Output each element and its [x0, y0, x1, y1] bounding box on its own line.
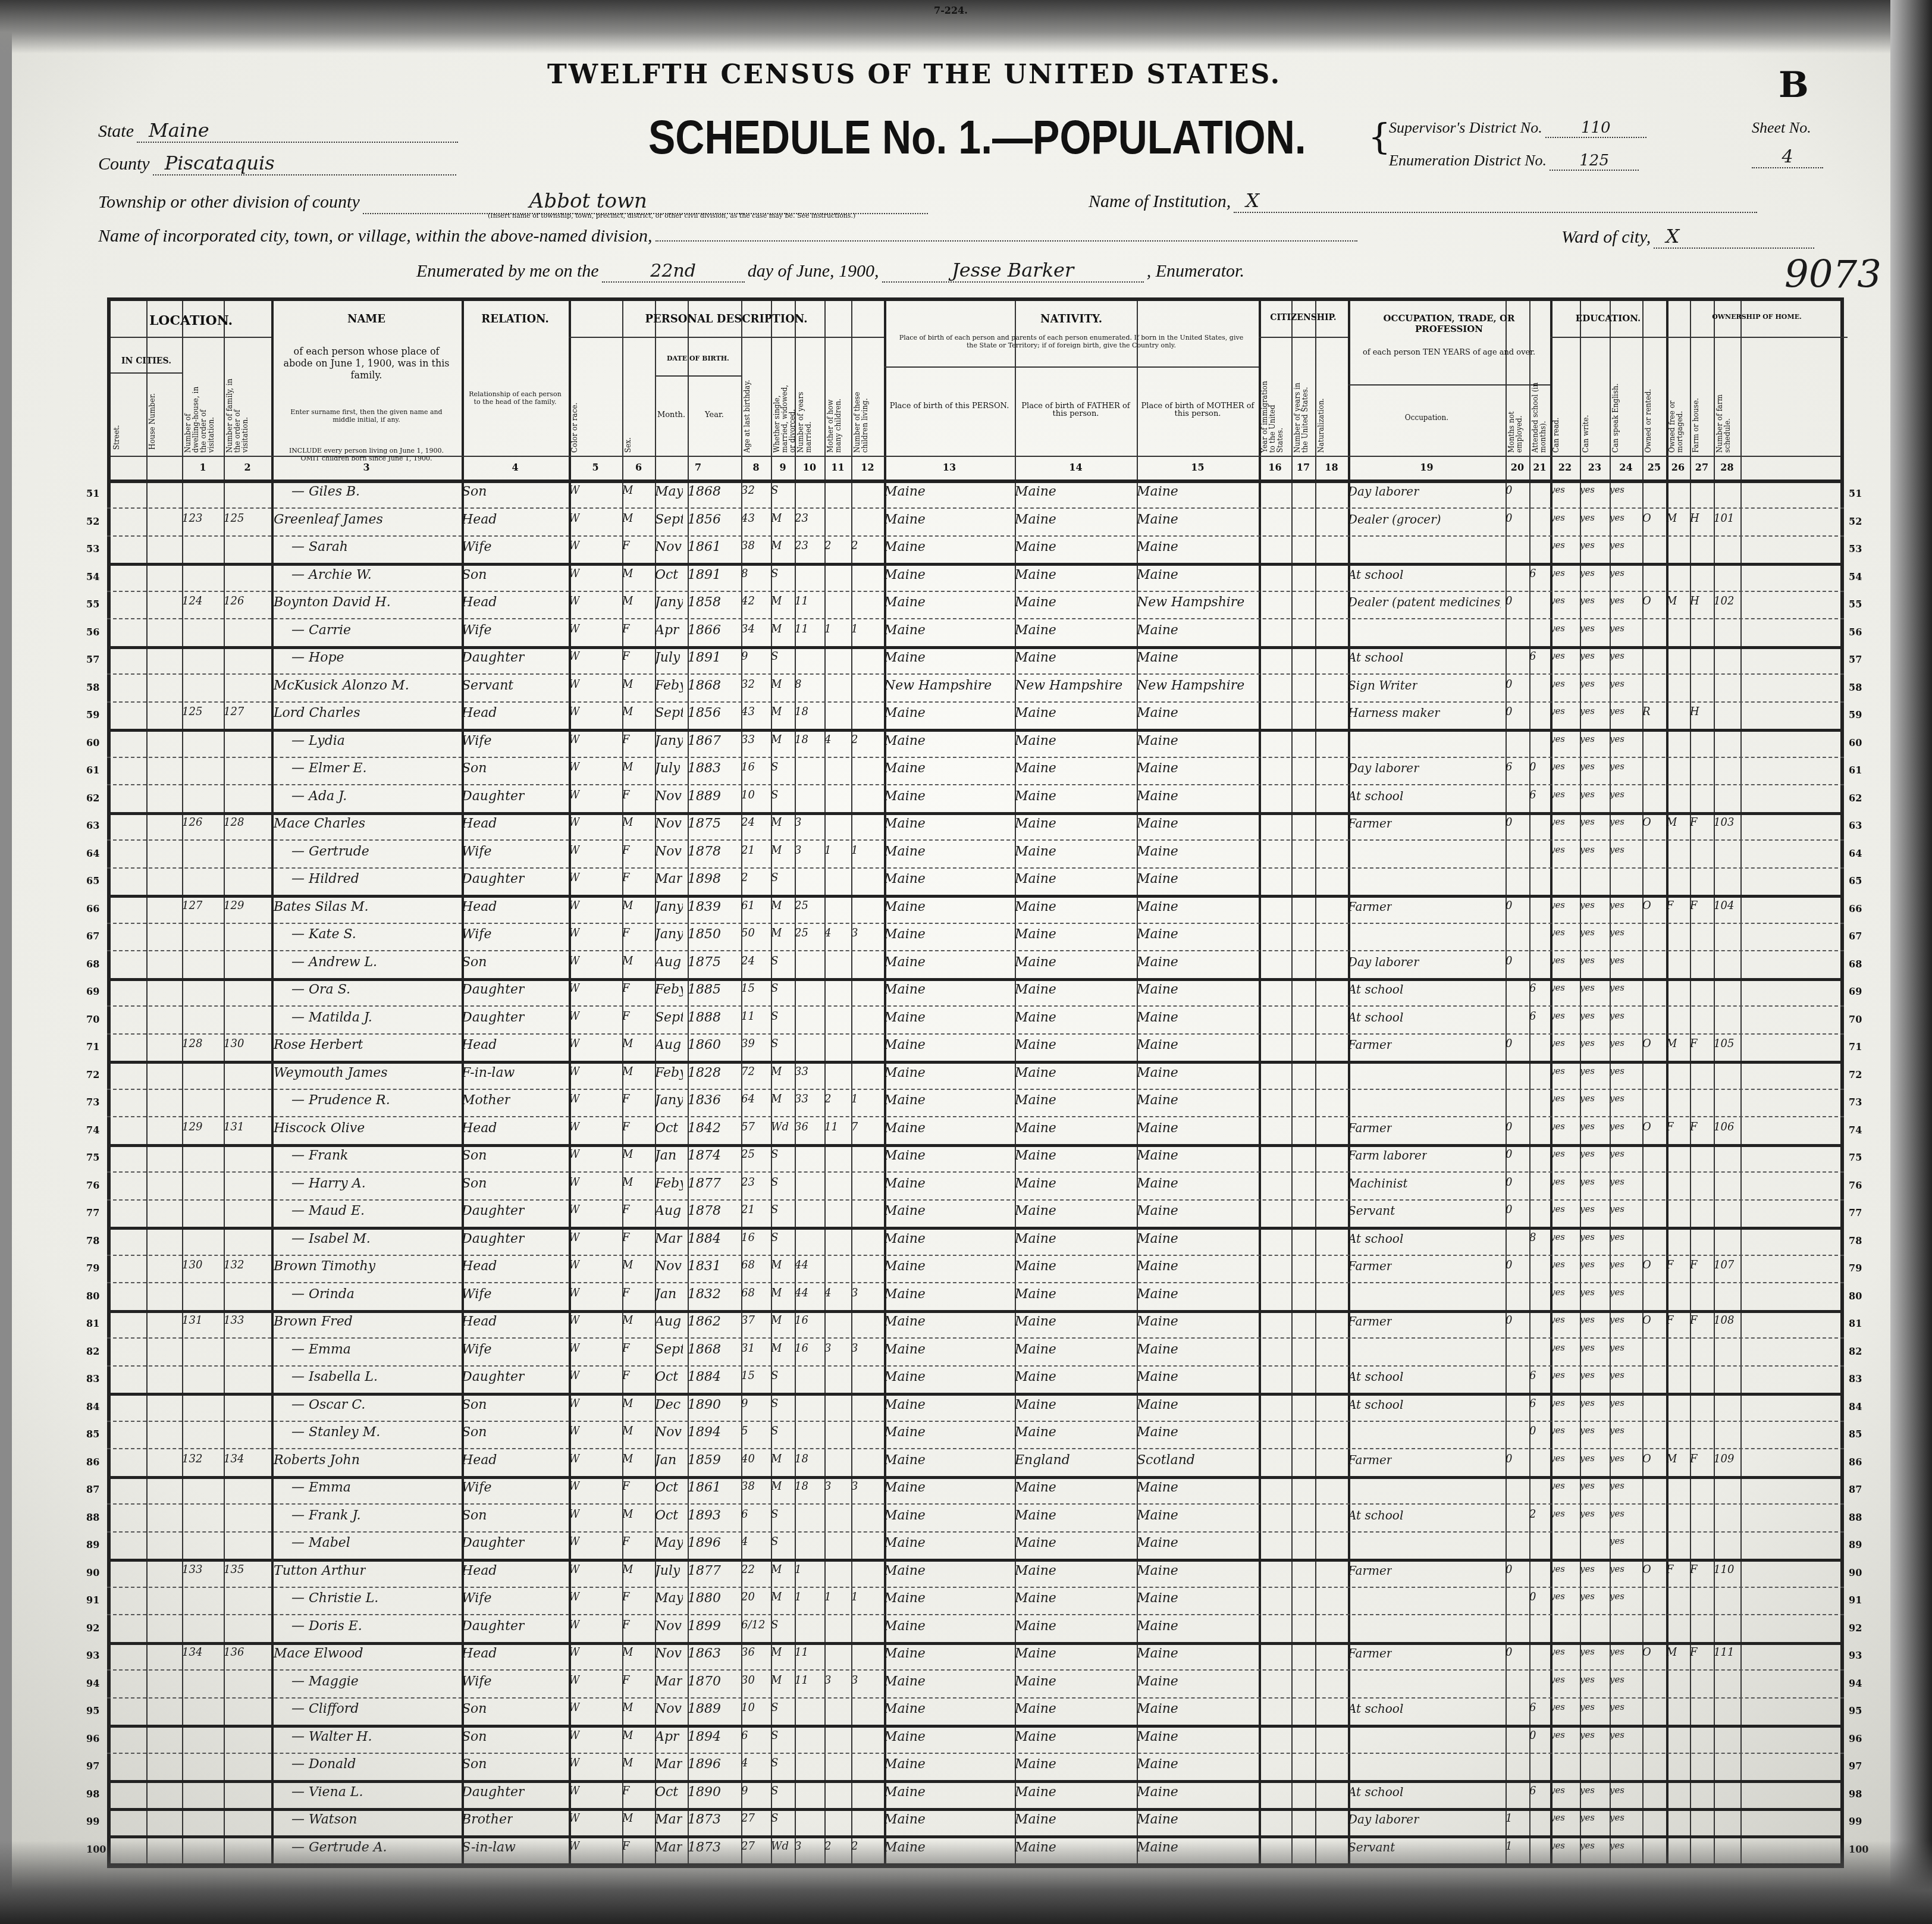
cell-yr: 1884 — [688, 1232, 721, 1246]
cell-occ: At school — [1348, 1397, 1403, 1412]
cell-en: yes — [1610, 789, 1624, 800]
cell-en: yes — [1610, 1425, 1624, 1436]
table-row: — DonaldSonWMMar18964SMaineMaineMaine — [107, 1752, 1844, 1783]
cell-pb: Maine — [884, 1619, 926, 1634]
group-personal-description: PERSONAL DESCRIPTION. — [569, 313, 884, 325]
cell-rd: yes — [1550, 1093, 1565, 1104]
line-number-right: 79 — [1849, 1262, 1862, 1274]
table-row: — MabelDaughterWFMay18964SMaineMaineMain… — [107, 1531, 1844, 1562]
cell-mc: 1 — [824, 844, 831, 857]
cell-rd: yes — [1550, 623, 1565, 634]
cell-pb: Maine — [884, 1646, 926, 1661]
cell-sex: M — [622, 595, 633, 607]
cell-mc: 2 — [824, 540, 831, 552]
cell-sex: F — [622, 1480, 630, 1493]
cell-rel: Brother — [462, 1812, 513, 1827]
line-number-left: 89 — [86, 1539, 99, 1550]
cell-age: 38 — [741, 1480, 755, 1493]
cell-age: 21 — [741, 844, 755, 857]
cell-mo: Sept — [655, 512, 683, 527]
column-label: Naturalization. — [1318, 378, 1345, 453]
cell-ms: M — [771, 1646, 782, 1659]
cell-occ: Day laborer — [1348, 955, 1419, 969]
cell-yr: 1875 — [688, 955, 721, 970]
cell-rd: yes — [1550, 650, 1565, 661]
cell-fam: 126 — [224, 595, 244, 607]
cell-fb: Maine — [1015, 955, 1056, 970]
line-number-right: 71 — [1849, 1041, 1862, 1052]
cell-col: W — [569, 872, 580, 884]
cell-ms: M — [771, 1480, 782, 1493]
cell-sex: F — [622, 1591, 630, 1603]
cell-cl: 2 — [851, 734, 858, 746]
cell-occ: At school — [1348, 1370, 1403, 1384]
cell-col: W — [569, 1204, 580, 1216]
cell-mo: Mar — [655, 1674, 682, 1689]
table-row: 123125Greenleaf JamesHeadWMSept185643M23… — [107, 507, 1844, 537]
cell-yr: 1862 — [688, 1314, 721, 1329]
cell-name: — Christie L. — [291, 1591, 378, 1606]
table-row: 132134Roberts JohnHeadWMJan185940M18Main… — [107, 1448, 1844, 1479]
cell-en: yes — [1610, 955, 1624, 966]
cell-age: 2 — [741, 872, 748, 884]
cell-wr: yes — [1580, 1148, 1595, 1159]
cell-rd: yes — [1550, 1646, 1565, 1657]
cell-age: 9 — [741, 1397, 748, 1410]
cell-wr: yes — [1580, 1370, 1595, 1380]
cell-fs: 110 — [1714, 1563, 1734, 1576]
line-number-right: 72 — [1849, 1069, 1862, 1080]
cell-rel: Wife — [462, 844, 491, 859]
cell-sex: F — [622, 982, 630, 995]
cell-own: O — [1642, 1453, 1651, 1465]
line-number-left: 86 — [86, 1456, 99, 1468]
cell-age: 9 — [741, 1785, 748, 1797]
column-number: 11 — [824, 462, 851, 473]
cell-pb: Maine — [884, 1453, 926, 1468]
header-rule — [569, 337, 884, 338]
table-row: — SarahWifeWFNov186138M2322MaineMaineMai… — [107, 535, 1844, 566]
cell-en: yes — [1610, 1812, 1624, 1823]
table-row: — Andrew L.SonWMAug187524SMaineMaineMain… — [107, 950, 1844, 981]
cell-ym: 11 — [795, 623, 808, 635]
cell-rd: yes — [1550, 1121, 1565, 1132]
cell-rd: yes — [1550, 1176, 1565, 1187]
cell-en: yes — [1610, 1148, 1624, 1159]
cell-rd: yes — [1550, 1066, 1565, 1076]
cell-sex: M — [622, 761, 633, 773]
cell-fb: Maine — [1015, 844, 1056, 859]
cell-fam: 127 — [224, 706, 244, 718]
cell-mb: Maine — [1137, 1563, 1178, 1578]
line-number-left: 60 — [86, 737, 99, 748]
cell-mo: Jan — [655, 1148, 676, 1163]
column-label: Months not employed. — [1508, 378, 1527, 453]
group-ownership: OWNERSHIP OF HOME. — [1666, 313, 1848, 321]
column-label: Number of years married. — [797, 378, 822, 453]
cell-en: yes — [1610, 1397, 1624, 1408]
cell-age: 21 — [741, 1204, 755, 1216]
cell-yr: 1867 — [688, 734, 721, 748]
cell-own: O — [1642, 1038, 1651, 1050]
cell-mb: Maine — [1137, 1038, 1178, 1052]
cell-fb: Maine — [1015, 1591, 1056, 1606]
cell-en: yes — [1610, 1729, 1624, 1740]
cell-own: O — [1642, 595, 1651, 607]
cell-ms: S — [771, 1619, 778, 1631]
cell-sex: F — [622, 1232, 630, 1244]
cell-name: — Watson — [291, 1812, 357, 1827]
line-number-right: 68 — [1849, 958, 1862, 970]
cell-ms: M — [771, 540, 782, 552]
cell-ms: S — [771, 1038, 778, 1050]
name-include-note: INCLUDE every person living on June 1, 1… — [283, 447, 450, 462]
cell-rel: Wife — [462, 623, 491, 638]
cell-age: 50 — [741, 927, 755, 939]
cell-ms: M — [771, 816, 782, 829]
cell-name: — Donald — [291, 1757, 356, 1772]
cell-col: W — [569, 1232, 580, 1244]
cell-fm: M — [1666, 512, 1677, 525]
cell-yr: 1831 — [688, 1259, 721, 1274]
column-number: 8 — [741, 462, 771, 473]
sheet-field: Sheet No. 4 — [1752, 119, 1823, 168]
column-label: Color or race. — [571, 378, 620, 453]
table-row: 124126Boynton David H.HeadWMJany185842M1… — [107, 590, 1844, 619]
table-row: — FrankSonWMJan187425SMaineMaineMaineFar… — [107, 1143, 1844, 1173]
cell-yr: 1868 — [688, 1342, 721, 1357]
cell-yr: 1894 — [688, 1425, 721, 1440]
column-label: Street. — [113, 375, 144, 450]
table-row: — HildredDaughterWFMar18982SMaineMaineMa… — [107, 867, 1844, 898]
cell-ym: 33 — [795, 1093, 808, 1105]
cell-sex: M — [622, 1729, 633, 1742]
cell-col: W — [569, 1176, 580, 1189]
line-number-right: 73 — [1849, 1096, 1862, 1108]
column-number: 24 — [1610, 462, 1642, 473]
cell-mc: 4 — [824, 734, 831, 746]
line-number-left: 84 — [86, 1401, 99, 1412]
cell-mb: Maine — [1137, 789, 1178, 804]
cell-yr: 1894 — [688, 1729, 721, 1744]
cell-yr: 1889 — [688, 789, 721, 804]
township-value: Abbot town — [363, 189, 928, 214]
column-number: 17 — [1291, 462, 1315, 473]
cell-name: Mace Elwood — [274, 1646, 363, 1661]
cell-age: 22 — [741, 1563, 755, 1576]
cell-pb: Maine — [884, 955, 926, 970]
census-title: TWELFTH CENSUS OF THE UNITED STATES. — [547, 59, 1281, 90]
column-number: 13 — [884, 462, 1015, 473]
cell-yr: 1893 — [688, 1508, 721, 1523]
cell-mo: Nov — [655, 844, 682, 859]
cell-ym: 11 — [795, 1646, 808, 1659]
cell-age: 4 — [741, 1757, 748, 1769]
cell-wr: yes — [1580, 1121, 1595, 1132]
cell-fb: Maine — [1015, 1536, 1056, 1550]
cell-pb: Maine — [884, 1121, 926, 1136]
cell-pb: Maine — [884, 1066, 926, 1080]
cell-cl: 3 — [851, 927, 858, 939]
cell-rd: yes — [1550, 1674, 1565, 1685]
cell-pb: Maine — [884, 1259, 926, 1274]
cell-en: yes — [1610, 982, 1624, 993]
table-row: 134136Mace ElwoodHeadWMNov186336M11Maine… — [107, 1641, 1844, 1671]
cell-fam: 128 — [224, 816, 244, 829]
nativity-description: Place of birth of each person and parent… — [896, 334, 1247, 349]
line-number-right: 77 — [1849, 1207, 1862, 1218]
cell-yr: 1877 — [688, 1563, 721, 1578]
cell-mo: Sept — [655, 706, 683, 720]
cell-wr: yes — [1580, 1232, 1595, 1242]
cell-fam: 136 — [224, 1646, 244, 1659]
cell-rd: yes — [1550, 1701, 1565, 1712]
cell-rel: Servant — [462, 678, 513, 693]
cell-name: — Hildred — [291, 872, 359, 886]
cell-yr: 1875 — [688, 816, 721, 831]
cell-name: — Gertrude — [291, 844, 369, 859]
cell-fb: Maine — [1015, 650, 1056, 665]
cell-wr: yes — [1580, 1259, 1595, 1270]
table-row: Weymouth JamesF-in-lawWMFeby182872M33Mai… — [107, 1061, 1844, 1090]
cell-ms: S — [771, 1785, 778, 1797]
cell-name: Brown Fred — [274, 1314, 353, 1329]
cell-rd: yes — [1550, 1010, 1565, 1021]
cell-sex: F — [622, 1619, 630, 1631]
cell-mne: 0 — [1506, 816, 1512, 829]
cell-mb: Maine — [1137, 1204, 1178, 1218]
cell-sex: M — [622, 1176, 633, 1189]
cell-rel: Son — [462, 1729, 487, 1744]
column-number: 9 — [771, 462, 795, 473]
cell-col: W — [569, 1010, 580, 1023]
line-number-right: 52 — [1849, 516, 1862, 527]
cell-mo: Jany — [655, 927, 683, 942]
cell-ms: S — [771, 789, 778, 801]
line-number-right: 56 — [1849, 626, 1862, 638]
supervisor-label: Supervisor's District No. — [1389, 119, 1542, 136]
form-number: 7-224. — [934, 5, 968, 16]
cell-cl: 3 — [851, 1480, 858, 1493]
cell-wr: yes — [1580, 1453, 1595, 1464]
line-number-right: 85 — [1849, 1428, 1862, 1440]
cell-pb: Maine — [884, 1536, 926, 1550]
cell-mo: Nov — [655, 816, 682, 831]
cell-occ: Farmer — [1348, 900, 1392, 914]
cell-pb: Maine — [884, 1785, 926, 1800]
line-number-left: 68 — [86, 958, 99, 970]
cell-age: 43 — [741, 706, 755, 718]
cell-name: Hiscock Olive — [274, 1121, 365, 1136]
line-number-right: 86 — [1849, 1456, 1862, 1468]
cell-mne: 0 — [1506, 1121, 1512, 1133]
cell-fb: Maine — [1015, 1701, 1056, 1716]
cell-col: W — [569, 1646, 580, 1659]
enumerator-name: Jesse Barker — [882, 259, 1144, 283]
table-row: 130132Brown TimothyHeadWMNov183168M44Mai… — [107, 1254, 1844, 1283]
cell-mb: Maine — [1137, 623, 1178, 638]
cell-cl: 3 — [851, 1674, 858, 1687]
cell-mb: Maine — [1137, 1508, 1178, 1523]
table-row: 129131Hiscock OliveHeadWFOct184257Wd3611… — [107, 1116, 1844, 1147]
cell-en: yes — [1610, 1093, 1624, 1104]
cell-mo: Nov — [655, 1425, 682, 1440]
cell-rel: Son — [462, 1176, 487, 1191]
state-field: State Maine — [98, 119, 467, 143]
column-number: 26 — [1666, 462, 1690, 473]
cell-ym: 18 — [795, 1453, 808, 1465]
cell-occ: At school — [1348, 1701, 1403, 1716]
cell-fs: 107 — [1714, 1259, 1734, 1271]
line-number-right: 63 — [1849, 820, 1862, 831]
cell-rd: yes — [1550, 1204, 1565, 1214]
cell-cl: 3 — [851, 1287, 858, 1299]
cell-mo: Apr — [655, 1729, 679, 1744]
line-number-right: 53 — [1849, 543, 1862, 554]
cell-rd: yes — [1550, 1591, 1565, 1602]
cell-en: yes — [1610, 1453, 1624, 1464]
cell-name: — Maud E. — [291, 1204, 365, 1218]
cell-sex: M — [622, 1701, 633, 1714]
cell-pb: Maine — [884, 1425, 926, 1440]
cell-sex: M — [622, 484, 633, 497]
enumeration-district-field: Enumeration District No. 125 — [1389, 152, 1698, 171]
cell-ms: M — [771, 734, 782, 746]
cell-pb: Maine — [884, 512, 926, 527]
cell-rel: Wife — [462, 927, 491, 942]
cell-rd: yes — [1550, 1812, 1565, 1823]
township-note: (Insert name of township, town, precinct… — [488, 212, 855, 220]
cell-occ: Servant — [1348, 1204, 1395, 1218]
cell-pb: Maine — [884, 650, 926, 665]
cell-sch: 0 — [1529, 1729, 1536, 1742]
table-row: — WatsonBrotherWMMar187327SMaineMaineMai… — [107, 1807, 1844, 1838]
cell-name: — Clifford — [291, 1701, 359, 1716]
cell-occ: At school — [1348, 568, 1403, 582]
cell-yr: 1860 — [688, 1038, 721, 1052]
cell-mc: 3 — [824, 1342, 831, 1355]
cell-sex: M — [622, 1508, 633, 1521]
cell-fb: Maine — [1015, 1508, 1056, 1523]
column-label: Place of birth of this PERSON. — [884, 402, 1015, 410]
cell-yr: 1899 — [688, 1619, 721, 1634]
cell-rel: Son — [462, 1508, 487, 1523]
enumerator-label: , Enumerator. — [1147, 261, 1244, 281]
column-number: 2 — [224, 462, 271, 473]
scan-shadow-right — [1890, 0, 1932, 1924]
enumeration-line: Enumerated by me on the 22nd day of June… — [416, 259, 1576, 283]
cell-sex: F — [622, 650, 630, 663]
cell-yr: 1861 — [688, 540, 721, 554]
cell-mo: Jany — [655, 1093, 683, 1108]
cell-rd: yes — [1550, 595, 1565, 606]
cell-occ: Day laborer — [1348, 761, 1419, 775]
cell-name: — Frank J. — [291, 1508, 361, 1523]
cell-ms: M — [771, 1674, 782, 1687]
cell-en: yes — [1610, 1370, 1624, 1380]
cell-sex: M — [622, 568, 633, 580]
cell-age: 20 — [741, 1591, 755, 1603]
line-number-right: 51 — [1849, 488, 1862, 499]
line-number-right: 61 — [1849, 764, 1862, 776]
cell-en: yes — [1610, 706, 1624, 716]
cell-sex: F — [622, 789, 630, 801]
cell-ym: 23 — [795, 512, 808, 525]
cell-name: Lord Charles — [274, 706, 360, 720]
cell-mb: Maine — [1137, 1093, 1178, 1108]
cell-sex: M — [622, 706, 633, 718]
cell-age: 10 — [741, 1701, 755, 1714]
cell-mb: Maine — [1137, 650, 1178, 665]
cell-mc: 2 — [824, 1093, 831, 1105]
cell-ms: S — [771, 982, 778, 995]
cell-fam: 131 — [224, 1121, 244, 1133]
cell-mo: Mar — [655, 872, 682, 886]
cell-age: 15 — [741, 1370, 755, 1382]
cell-name: — Kate S. — [291, 927, 356, 942]
cell-wr: yes — [1580, 1204, 1595, 1214]
cell-age: 8 — [741, 568, 748, 580]
cell-name: — Carrie — [291, 623, 351, 638]
cell-mo: Sept — [655, 1010, 683, 1025]
cell-en: yes — [1610, 1785, 1624, 1795]
cell-wr: yes — [1580, 512, 1595, 523]
line-number-right: 90 — [1849, 1567, 1862, 1578]
cell-age: 34 — [741, 623, 755, 635]
cell-en: yes — [1610, 678, 1624, 689]
cell-fs: 108 — [1714, 1314, 1734, 1327]
cell-fs: 102 — [1714, 595, 1734, 607]
cell-yr: 1828 — [688, 1066, 721, 1080]
cell-fb: Maine — [1015, 1619, 1056, 1634]
cell-pb: Maine — [884, 1757, 926, 1772]
table-row: 128130Rose HerbertHeadWMAug186039SMaineM… — [107, 1033, 1844, 1064]
cell-mb: Maine — [1137, 1591, 1178, 1606]
cell-col: W — [569, 900, 580, 912]
cell-name: — Frank — [291, 1148, 348, 1163]
line-number-left: 75 — [86, 1152, 99, 1163]
cell-wr: yes — [1580, 789, 1595, 800]
cell-mb: Maine — [1137, 1785, 1178, 1800]
table-row: — Kate S.WifeWFJany185050M2543MaineMaine… — [107, 922, 1844, 951]
cell-dw: 130 — [182, 1259, 202, 1271]
line-number-left: 54 — [86, 571, 99, 582]
line-number-right: 59 — [1849, 709, 1862, 720]
cell-rd: yes — [1550, 789, 1565, 800]
cell-mo: Aug — [655, 955, 681, 970]
line-number-left: 57 — [86, 654, 99, 665]
cell-wr: yes — [1580, 734, 1595, 744]
cell-pb: Maine — [884, 1591, 926, 1606]
cell-own: O — [1642, 1121, 1651, 1133]
cell-wr: yes — [1580, 1287, 1595, 1298]
table-row: — Harry A.SonWMFeby187723SMaineMaineMain… — [107, 1171, 1844, 1201]
institution-value: X — [1234, 189, 1757, 213]
line-number-left: 59 — [86, 709, 99, 720]
cell-col: W — [569, 650, 580, 663]
cell-col: W — [569, 1563, 580, 1576]
table-row: — CliffordSonWMNov188910SMaineMaineMaine… — [107, 1697, 1844, 1728]
cell-sex: M — [622, 1148, 633, 1161]
cell-mo: May — [655, 1591, 683, 1606]
cell-col: W — [569, 1342, 580, 1355]
cell-rel: Daughter — [462, 650, 525, 665]
cell-name: — Prudence R. — [291, 1093, 390, 1108]
cell-occ: At school — [1348, 1508, 1403, 1522]
table-row: — Archie W.SonWMOct18918SMaineMaineMaine… — [107, 563, 1844, 592]
cell-cl: 7 — [851, 1121, 858, 1133]
cell-yr: 1880 — [688, 1591, 721, 1606]
